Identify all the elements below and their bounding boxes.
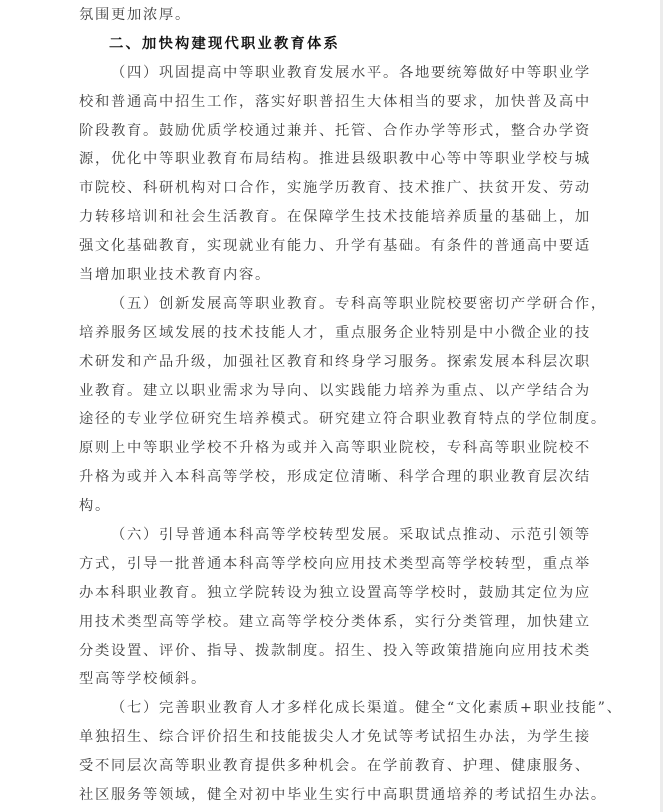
document-page: 氛围更加浓厚。 二、加快构建现代职业教育体系 （四）巩固提高中等职业教育发展水平…: [0, 0, 660, 812]
paragraph-line: （六）引导普通本科高等学校转型发展。采取试点推动、示范引领等: [79, 521, 584, 550]
paragraph-line: 源，优化中等职业教育布局结构。推进县级职教中心等中等职业学校与城: [79, 145, 584, 174]
paragraph-line: 培养服务区域发展的技术技能人才，重点服务企业特别是中小微企业的技: [79, 319, 584, 348]
document-body: 氛围更加浓厚。 二、加快构建现代职业教育体系 （四）巩固提高中等职业教育发展水平…: [79, 1, 584, 810]
paragraph-line: （五）创新发展高等职业教育。专科高等职业院校要密切产学研合作，: [79, 290, 584, 319]
paragraph-line: 市院校、科研机构对口合作，实施学历教育、技术推广、扶贫开发、劳动: [79, 174, 584, 203]
paragraph-line: 原则上中等职业学校不升格为或并入高等职业院校，专科高等职业院校不: [79, 434, 584, 463]
paragraph-line: 办本科职业教育。独立学院转设为独立设置高等学校时，鼓励其定位为应: [79, 579, 584, 608]
paragraph-line: 业教育。建立以职业需求为导向、以实践能力培养为重点、以产学结合为: [79, 377, 584, 406]
paragraph-line: 途径的专业学位研究生培养模式。研究建立符合职业教育特点的学位制度。: [79, 405, 584, 434]
paragraph-line: （四）巩固提高中等职业教育发展水平。各地要统筹做好中等职业学: [79, 59, 584, 88]
lead-line: 氛围更加浓厚。: [79, 1, 584, 30]
paragraph-line: 分类设置、评价、指导、拨款制度。招生、投入等政策措施向应用技术类: [79, 637, 584, 666]
paragraph-6: （六）引导普通本科高等学校转型发展。采取试点推动、示范引领等 方式，引导一批普通…: [79, 521, 584, 694]
paragraph-line: 力转移培训和社会生活教育。在保障学生技术技能培养质量的基础上，加: [79, 203, 584, 232]
paragraph-line: 术研发和产品升级，加强社区教育和终身学习服务。探索发展本科层次职: [79, 348, 584, 377]
section-heading: 二、加快构建现代职业教育体系: [79, 30, 584, 59]
paragraph-line: 单独招生、综合评价招生和技能拔尖人才免试等考试招生办法，为学生接: [79, 723, 584, 752]
paragraph-line: 当增加职业技术教育内容。: [79, 261, 584, 290]
paragraph-line: 阶段教育。鼓励优质学校通过兼并、托管、合作办学等形式，整合办学资: [79, 117, 584, 146]
paragraph-line: 受不同层次高等职业教育提供多种机会。在学前教育、护理、健康服务、: [79, 752, 584, 781]
paragraph-line: 社区服务等领域，健全对初中毕业生实行中高职贯通培养的考试招生办法。: [79, 781, 584, 810]
paragraph-7: （七）完善职业教育人才多样化成长渠道。健全“文化素质+职业技能”、 单独招生、综…: [79, 694, 584, 810]
paragraph-line: 强文化基础教育，实现就业有能力、升学有基础。有条件的普通高中要适: [79, 232, 584, 261]
paragraph-line: 方式，引导一批普通本科高等学校向应用技术类型高等学校转型，重点举: [79, 550, 584, 579]
paragraph-line: 校和普通高中招生工作，落实好职普招生大体相当的要求，加快普及高中: [79, 88, 584, 117]
paragraph-5: （五）创新发展高等职业教育。专科高等职业院校要密切产学研合作， 培养服务区域发展…: [79, 290, 584, 521]
paragraph-line: 构。: [79, 492, 584, 521]
paragraph-4: （四）巩固提高中等职业教育发展水平。各地要统筹做好中等职业学 校和普通高中招生工…: [79, 59, 584, 290]
paragraph-line: 型高等学校倾斜。: [79, 665, 584, 694]
paragraph-line: （七）完善职业教育人才多样化成长渠道。健全“文化素质+职业技能”、: [79, 694, 584, 723]
paragraph-line: 升格为或并入本科高等学校，形成定位清晰、科学合理的职业教育层次结: [79, 463, 584, 492]
paragraph-line: 用技术类型高等学校。建立高等学校分类体系，实行分类管理，加快建立: [79, 608, 584, 637]
